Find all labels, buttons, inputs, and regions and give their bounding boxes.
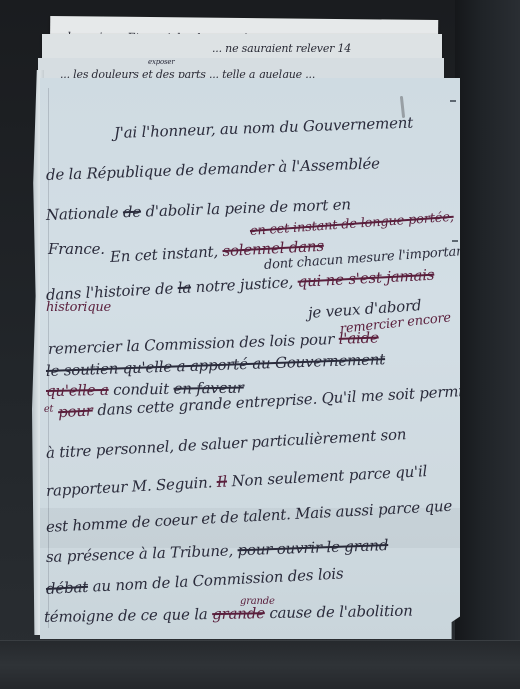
back-sheet-line-2: ... ne sauraient relever 14 <box>212 42 351 55</box>
manuscript-page: J'ai l'honneur, au nom du Gouvernement d… <box>40 78 460 639</box>
margin-dash <box>450 100 456 102</box>
line-14: est homme de coeur et de talent. Mais au… <box>46 497 453 536</box>
line-2: de la République de demander à l'Assembl… <box>46 154 380 184</box>
line-1: J'ai l'honneur, au nom du Gouvernement <box>114 114 414 142</box>
photo-scene: ... les peines. Et aussi, bouleverser la… <box>0 0 520 689</box>
line-17: témoigne de ce que la grande cause de l'… <box>44 602 413 626</box>
display-case-frame-bottom <box>0 640 520 689</box>
struck-word: de <box>123 203 142 222</box>
line-15: sa présence à la Tribune, pour ouvrir le… <box>46 536 389 566</box>
margin-dash <box>452 240 458 242</box>
insert-below-line-6: historique <box>46 300 111 315</box>
line-16: débat au nom de la Commission des lois <box>46 564 344 598</box>
back-sheet-insert: exposer <box>148 58 174 66</box>
line-13: rapporteur M. Seguin. Il Non seulement p… <box>46 462 428 500</box>
line-4: France. <box>48 240 105 258</box>
line-12: à titre personnel, de saluer particulièr… <box>46 425 407 462</box>
display-case-frame-right <box>455 0 520 689</box>
